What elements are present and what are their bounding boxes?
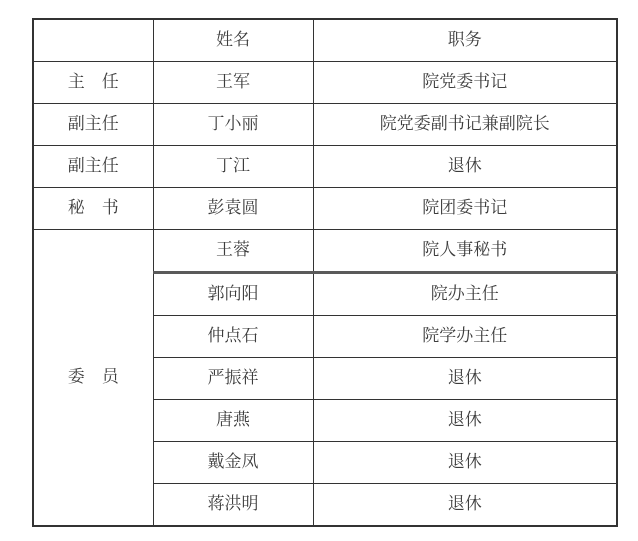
position-cell: 院学办主任: [313, 316, 617, 358]
position-cell: 院人事秘书: [313, 230, 617, 273]
personnel-table: 姓名 职务 主 任 王军 院党委书记 副主任 丁小丽 院党委副书记兼副院长 副主…: [32, 18, 618, 527]
name-cell: 王军: [153, 62, 313, 104]
position-cell: 退休: [313, 484, 617, 527]
name-cell: 唐燕: [153, 400, 313, 442]
table-row: 秘 书 彭袁圆 院团委书记: [33, 188, 617, 230]
table-row: 委 员 王蓉 院人事秘书: [33, 230, 617, 273]
table-header-row: 姓名 职务: [33, 19, 617, 62]
role-cell-merged: 委 员: [33, 230, 153, 527]
name-cell: 严振祥: [153, 358, 313, 400]
name-cell: 戴金凤: [153, 442, 313, 484]
header-position-cell: 职务: [313, 19, 617, 62]
header-name-cell: 姓名: [153, 19, 313, 62]
position-cell: 院办主任: [313, 273, 617, 316]
personnel-table-container: 姓名 职务 主 任 王军 院党委书记 副主任 丁小丽 院党委副书记兼副院长 副主…: [32, 18, 616, 520]
name-cell: 王蓉: [153, 230, 313, 273]
header-role-cell: [33, 19, 153, 62]
role-cell: 副主任: [33, 104, 153, 146]
name-cell: 彭袁圆: [153, 188, 313, 230]
name-cell: 郭向阳: [153, 273, 313, 316]
name-cell: 仲点石: [153, 316, 313, 358]
position-cell: 退休: [313, 442, 617, 484]
name-cell: 丁小丽: [153, 104, 313, 146]
position-cell: 院党委副书记兼副院长: [313, 104, 617, 146]
name-cell: 丁江: [153, 146, 313, 188]
table-row: 副主任 丁小丽 院党委副书记兼副院长: [33, 104, 617, 146]
position-cell: 退休: [313, 358, 617, 400]
role-cell: 秘 书: [33, 188, 153, 230]
position-cell: 院党委书记: [313, 62, 617, 104]
name-cell: 蒋洪明: [153, 484, 313, 527]
role-cell: 副主任: [33, 146, 153, 188]
position-cell: 退休: [313, 400, 617, 442]
role-cell: 主 任: [33, 62, 153, 104]
position-cell: 院团委书记: [313, 188, 617, 230]
table-row: 主 任 王军 院党委书记: [33, 62, 617, 104]
position-cell: 退休: [313, 146, 617, 188]
table-row: 副主任 丁江 退休: [33, 146, 617, 188]
